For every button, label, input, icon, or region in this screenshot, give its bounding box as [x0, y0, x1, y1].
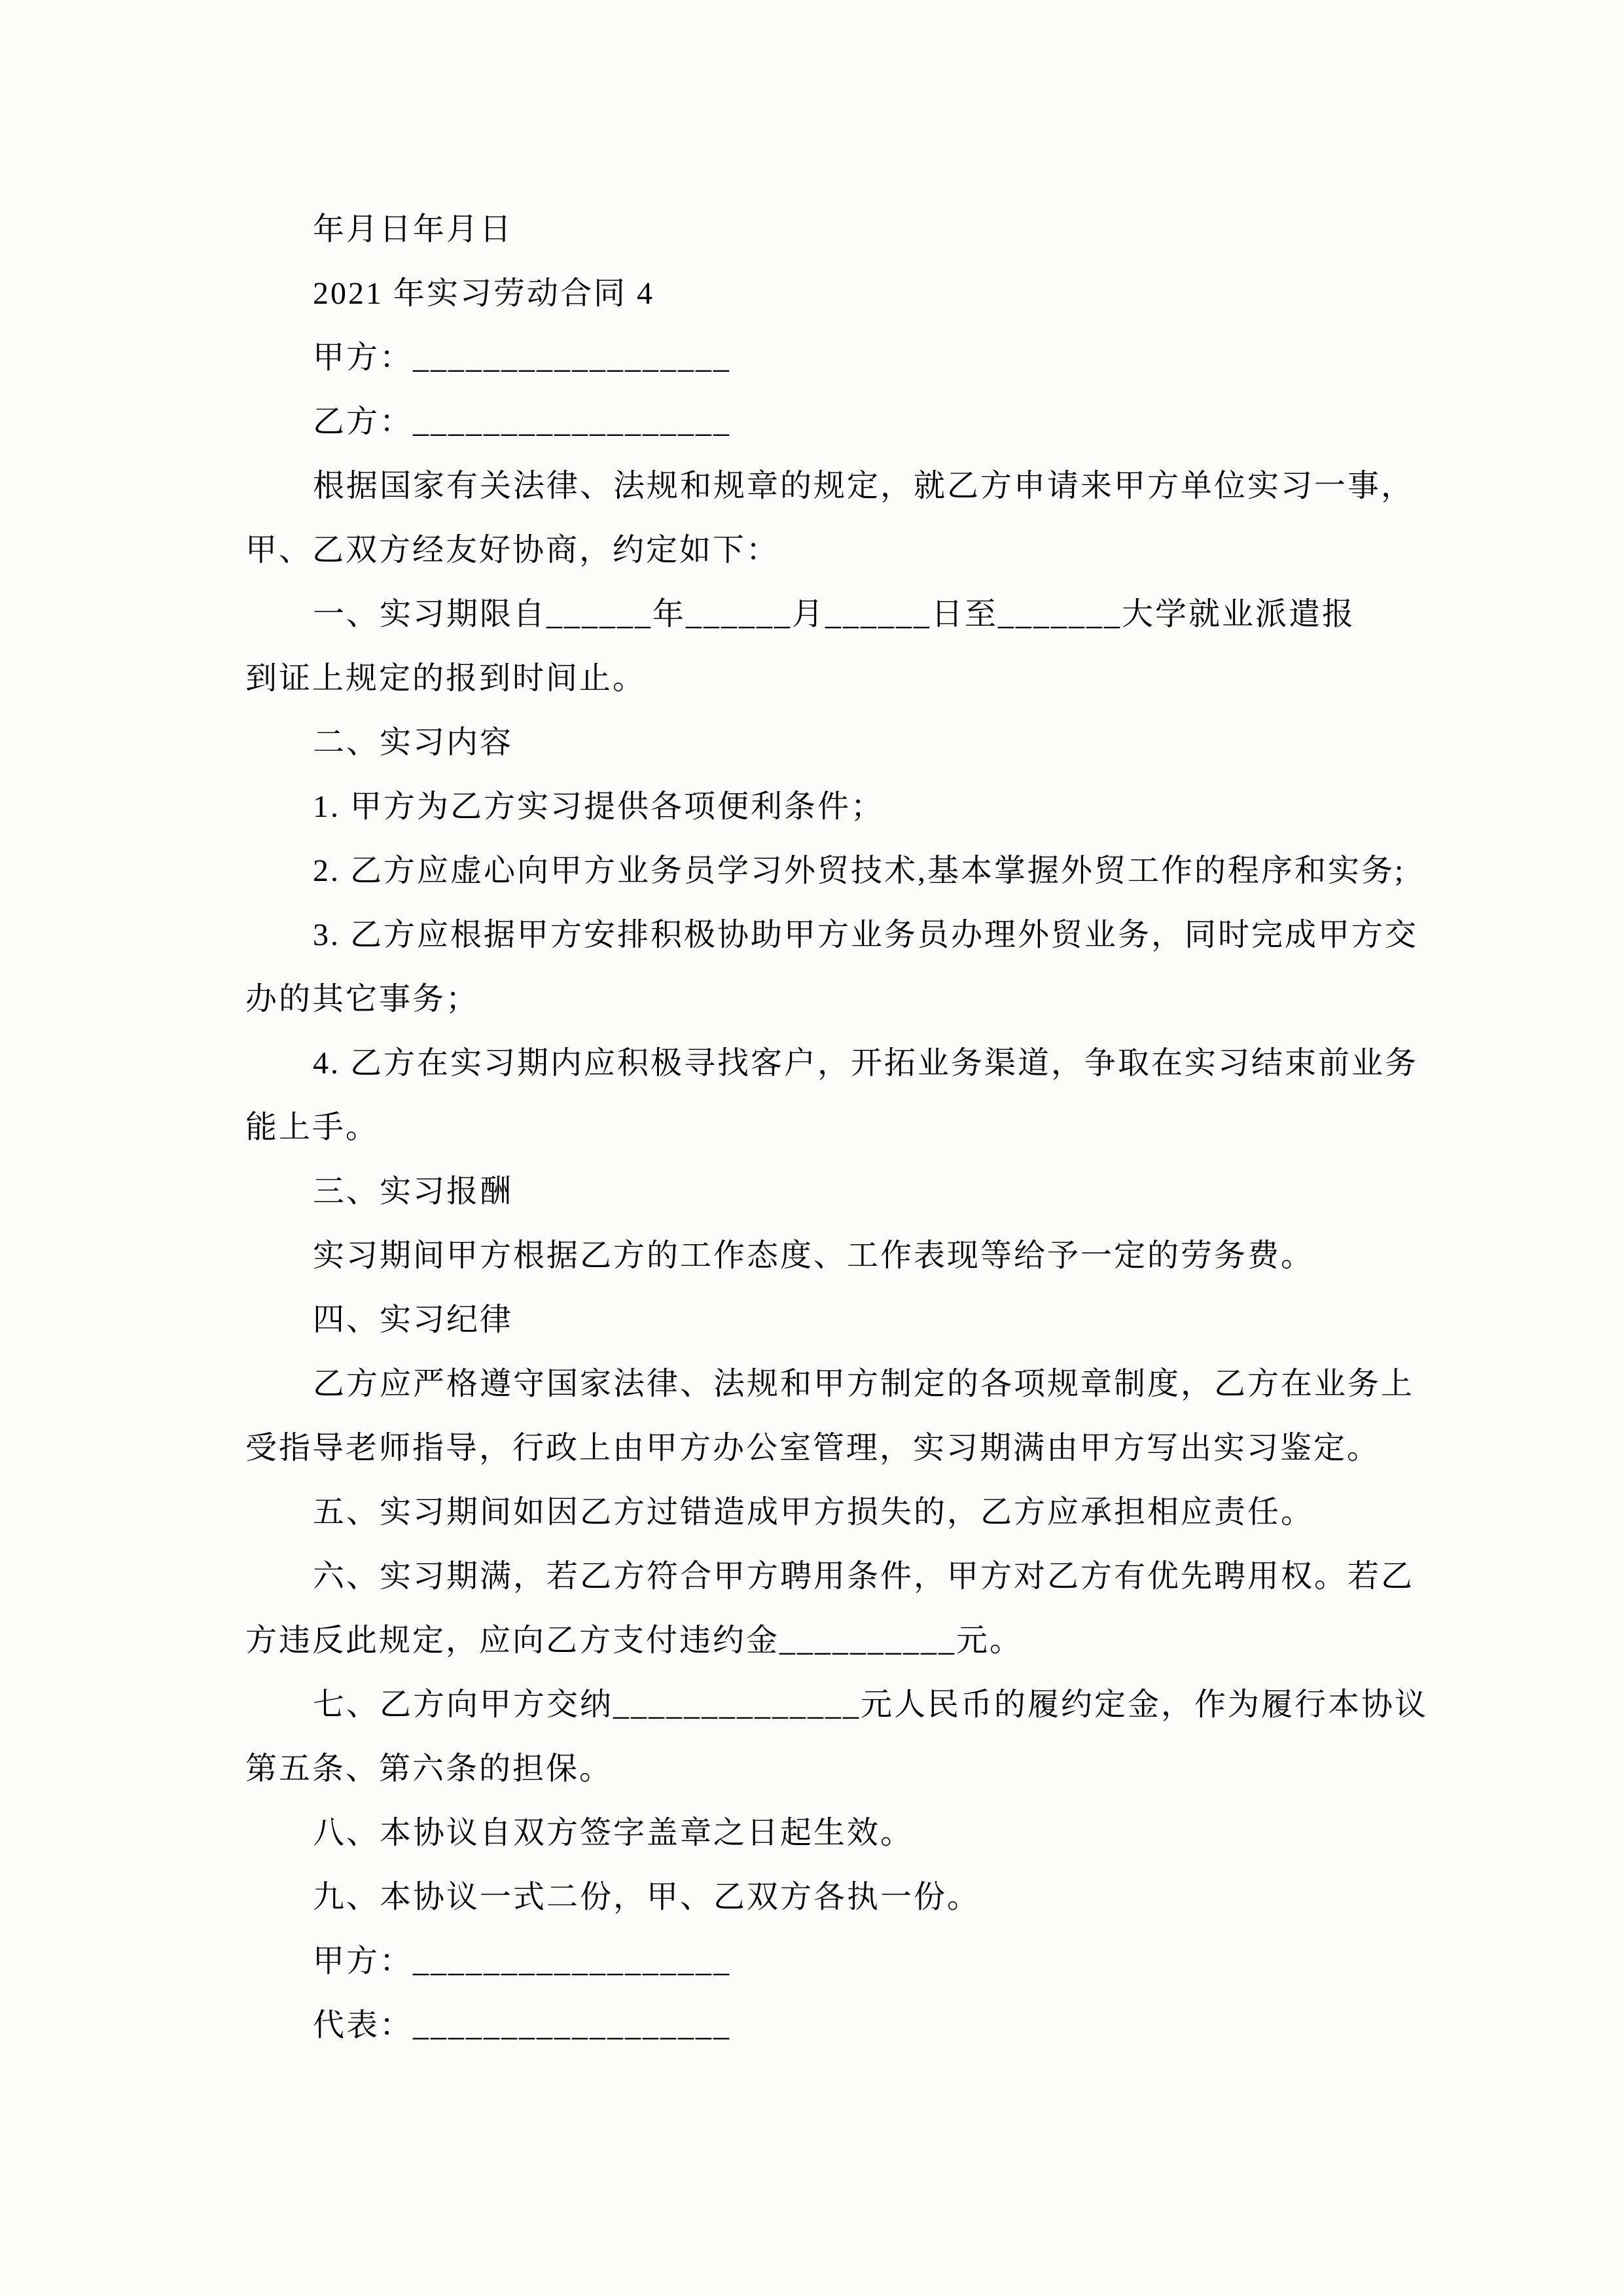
clause-2-item-4-line-2: 能上手。	[245, 1096, 1427, 1160]
preamble-line-2: 甲、乙双方经友好协商，约定如下：	[245, 518, 1427, 583]
clause-2-heading: 二、实习内容	[245, 711, 1427, 775]
clause-2-item-2: 2. 乙方应虚心向甲方业务员学习外贸技术,基本掌握外贸工作的程序和实务;	[245, 839, 1427, 903]
clause-5: 五、实习期间如因乙方过错造成甲方损失的，乙方应承担相应责任。	[245, 1480, 1427, 1545]
clause-6-line-1: 六、实习期满，若乙方符合甲方聘用条件，甲方对乙方有优先聘用权。若乙	[245, 1545, 1427, 1609]
clause-3-heading: 三、实习报酬	[245, 1160, 1427, 1224]
document-body: 年月日年月日2021 年实习劳动合同 4甲方：_________________…	[245, 198, 1427, 2058]
signature-representative-line: 代表：__________________	[245, 1994, 1427, 2058]
signature-party-a-line: 甲方：__________________	[245, 1929, 1427, 1994]
clause-3-body: 实习期间甲方根据乙方的工作态度、工作表现等给予一定的劳务费。	[245, 1224, 1427, 1288]
clause-7-line-2: 第五条、第六条的担保。	[245, 1737, 1427, 1801]
clause-4-body-line-2: 受指导老师指导，行政上由甲方办公室管理，实习期满由甲方写出实习鉴定。	[245, 1416, 1427, 1480]
clause-4-heading: 四、实习纪律	[245, 1288, 1427, 1352]
clause-8: 八、本协议自双方签字盖章之日起生效。	[245, 1801, 1427, 1865]
clause-6-line-2: 方违反此规定，应向乙方支付违约金__________元。	[245, 1609, 1427, 1673]
clause-1-line-2: 到证上规定的报到时间止。	[245, 647, 1427, 711]
clause-7-line-1: 七、乙方向甲方交纳______________元人民币的履约定金，作为履行本协议	[245, 1673, 1427, 1737]
clause-4-body-line-1: 乙方应严格遵守国家法律、法规和甲方制定的各项规章制度，乙方在业务上	[245, 1352, 1427, 1416]
date-line: 年月日年月日	[245, 198, 1427, 262]
party-a-blank-line: 甲方：__________________	[245, 326, 1427, 390]
clause-9: 九、本协议一式二份，甲、乙双方各执一份。	[245, 1865, 1427, 1929]
preamble-line-1: 根据国家有关法律、法规和规章的规定，就乙方申请来甲方单位实习一事，	[245, 454, 1427, 518]
party-b-blank-line: 乙方：__________________	[245, 390, 1427, 454]
clause-2-item-3-line-1: 3. 乙方应根据甲方安排积极协助甲方业务员办理外贸业务，同时完成甲方交	[245, 903, 1427, 967]
clause-2-item-3-line-2: 办的其它事务；	[245, 967, 1427, 1031]
clause-1-line-1: 一、实习期限自______年______月______日至_______大学就业…	[245, 583, 1427, 647]
clause-2-item-1: 1. 甲方为乙方实习提供各项便利条件；	[245, 775, 1427, 839]
clause-2-item-4-line-1: 4. 乙方在实习期内应积极寻找客户，开拓业务渠道，争取在实习结束前业务	[245, 1031, 1427, 1096]
contract-title: 2021 年实习劳动合同 4	[245, 262, 1427, 326]
contract-document-page: 年月日年月日2021 年实习劳动合同 4甲方：_________________…	[0, 0, 1623, 2296]
